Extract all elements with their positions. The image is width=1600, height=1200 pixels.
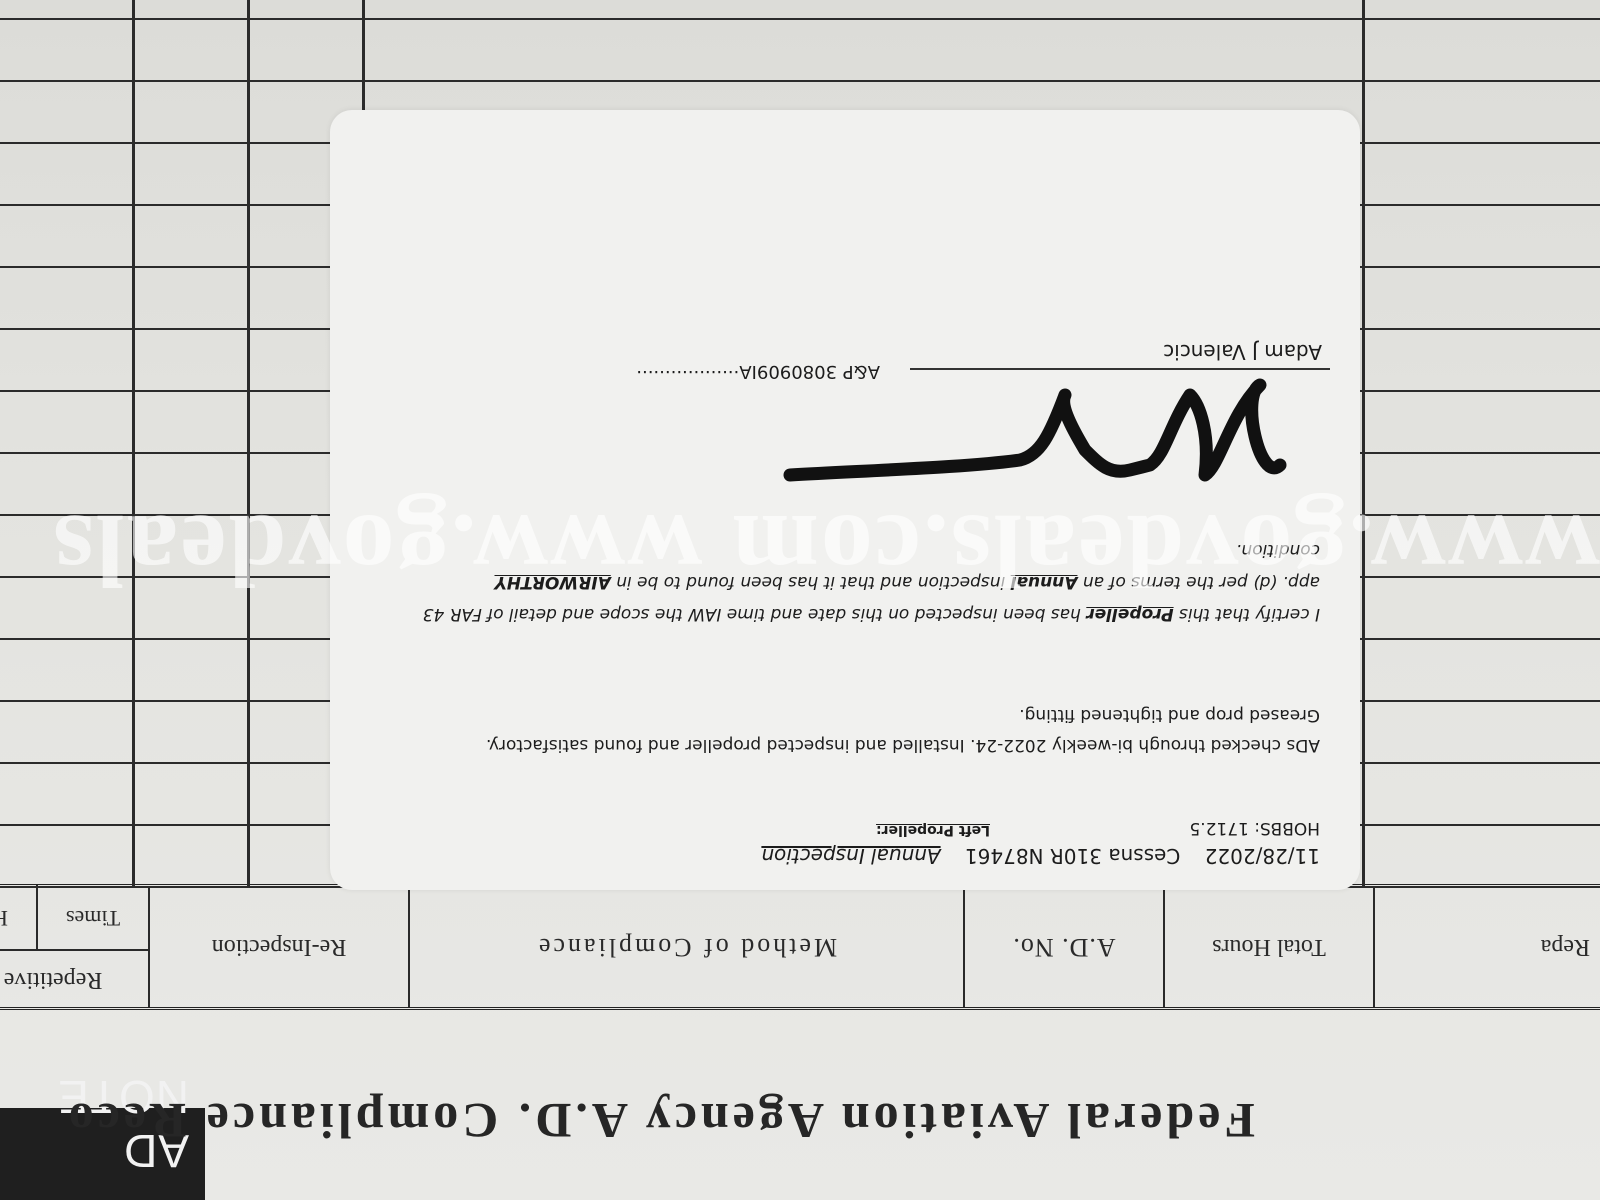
signature-line <box>910 368 1330 370</box>
form-title: Federal Aviation Agency A.D. Compliance … <box>0 1092 1255 1150</box>
header-times: Times <box>38 905 148 931</box>
grid-column-line <box>247 0 250 888</box>
work-description: ADs checked through bi-weekly 2022-24. I… <box>420 700 1320 760</box>
entry-header-line: 11/28/2022 Cessna 310R N87461 Annual Ins… <box>761 844 1320 868</box>
header-ad-no: A.D. No. <box>965 887 1165 1007</box>
cert-text: inspection and that it has been found to… <box>611 572 1011 592</box>
repetitive-seq-subheader: Times Hours <box>0 885 148 951</box>
mechanic-certificate-number: A&P 3080909IA·················· <box>636 361 880 382</box>
grid-column-line <box>1362 0 1365 888</box>
grid-row-line <box>0 18 1600 20</box>
header-method: Method of Compliance <box>410 887 965 1007</box>
logbook-page-photo: AD NOTE Federal Aviation Agency A.D. Com… <box>0 0 1600 1200</box>
grid-column-line <box>132 0 135 888</box>
cert-text: condition. <box>1236 540 1320 560</box>
subheader-divider <box>36 885 38 949</box>
header-hours: Hours <box>0 905 36 931</box>
grid-row-line <box>0 80 1600 82</box>
header-repair: Repa <box>1375 887 1600 1007</box>
entry-date: 11/28/2022 <box>1205 844 1320 868</box>
cert-inspection-type: Annual <box>1011 572 1078 592</box>
column-header-row: Repa Total Hours A.D. No. Method of Comp… <box>0 884 1600 1010</box>
certification-statement: I certify that this Propeller has been i… <box>420 534 1320 630</box>
hobbs-reading: HOBBS: 1712.5 <box>1189 818 1320 838</box>
header-total-hours: Total Hours <box>1165 887 1375 1007</box>
signer-name: Adam J Valencic <box>1163 340 1322 364</box>
header-total-hours-label: Total Hours <box>1212 934 1326 961</box>
header-repetitive-seq-label: Repetitive Seq. <box>0 966 102 993</box>
component-name: Left Propeller: <box>876 822 990 838</box>
signature-mark <box>780 365 1300 495</box>
maintenance-entry-label: 11/28/2022 Cessna 310R N87461 Annual Ins… <box>330 110 1360 890</box>
header-reinspection-label: Re-Inspection <box>212 934 347 961</box>
cert-component: Propeller <box>1086 604 1173 624</box>
header-ad-no-label: A.D. No. <box>1012 932 1115 962</box>
aircraft-id: Cessna 310R N87461 <box>965 844 1180 868</box>
cert-airworthy-status: AIRWORTHY <box>495 572 611 592</box>
entry-subheader-line: HOBBS: 1712.5 Left Propeller: <box>1189 818 1320 838</box>
inspection-type: Annual Inspection <box>761 844 940 868</box>
cert-text: I certify that this <box>1174 604 1320 624</box>
header-repetitive-seq: Repetitive Seq. Times Hours <box>0 887 150 1007</box>
header-method-label: Method of Compliance <box>536 932 837 962</box>
header-reinspection: Re-Inspection <box>150 887 410 1007</box>
